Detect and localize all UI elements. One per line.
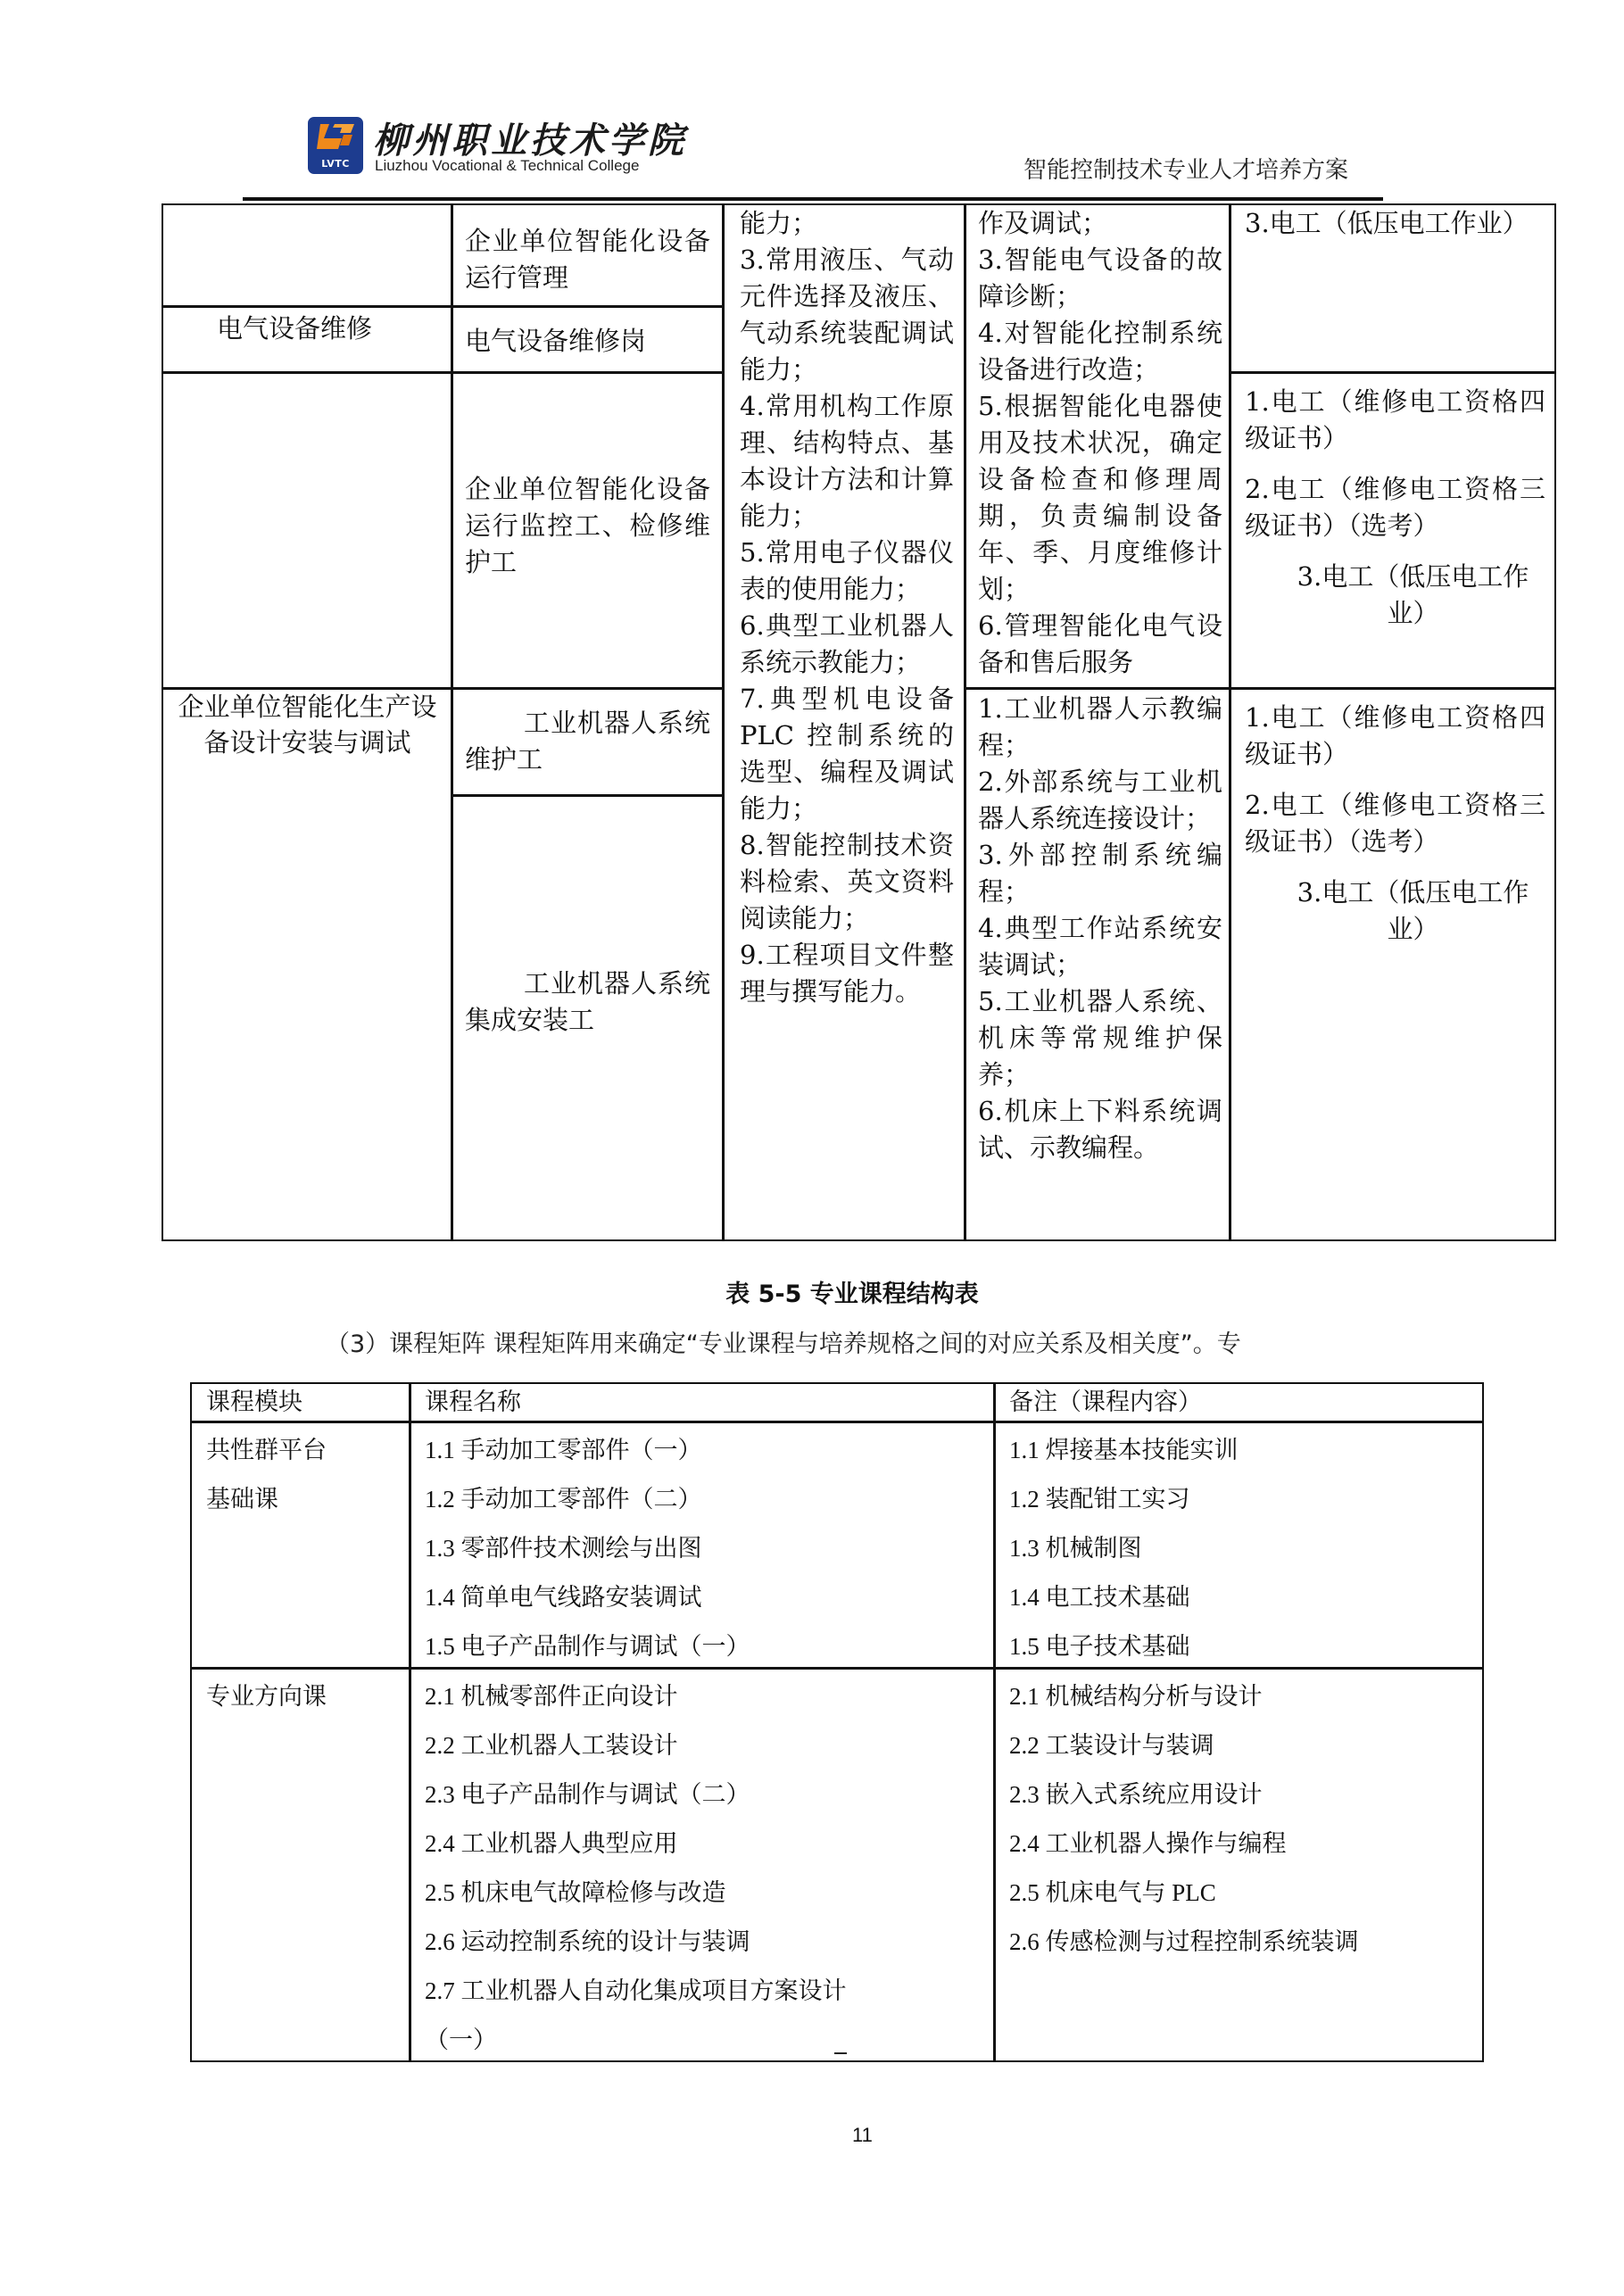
document-title: 智能控制技术专业人才培养方案 bbox=[1023, 152, 1348, 185]
note-item: 2.5 机床电气与 PLC bbox=[1009, 1869, 1468, 1918]
ability-item: 能力； bbox=[740, 205, 954, 242]
certificate-item: 2.电工（维修电工资格三级证书）（选考） bbox=[1245, 471, 1545, 544]
column-header: 课程名称 bbox=[425, 1384, 980, 1420]
note-item: 1.2 装配钳工实习 bbox=[1009, 1475, 1468, 1524]
intro-paragraph: （3）课程矩阵 课程矩阵用来确定“专业课程与培养规格之间的对应关系及相关度”。专 bbox=[326, 1324, 1241, 1359]
course-item: 1.3 零部件技术测绘与出图 bbox=[425, 1524, 980, 1573]
table2-row-module: 专业方向课 bbox=[190, 1667, 411, 2062]
course-item: 2.3 电子产品制作与调试（二） bbox=[425, 1770, 980, 1819]
ability-item: 8.智能控制技术资料检索、英文资料阅读能力； bbox=[740, 827, 954, 937]
college-name-en: Liuzhou Vocational & Technical College bbox=[375, 157, 639, 175]
note-item: 2.4 工业机器人操作与编程 bbox=[1009, 1819, 1468, 1869]
course-item: 1.4 简单电气线路安装调试 bbox=[425, 1573, 980, 1622]
ability-item: 6.典型工业机器人系统示教能力； bbox=[740, 608, 954, 681]
note-item: 2.2 工装设计与装调 bbox=[1009, 1721, 1468, 1770]
table1-cell-position: 企业单位智能化设备运行管理 bbox=[451, 203, 725, 308]
course-item: 1.5 电子产品制作与调试（一） bbox=[425, 1622, 980, 1671]
task-item: 4.对智能化控制系统设备进行改造； bbox=[978, 315, 1222, 388]
course-item: 2.2 工业机器人工装设计 bbox=[425, 1721, 980, 1770]
table1-cell-job-area: 电气设备维修 bbox=[162, 305, 453, 374]
table1-cell-tasks: 作及调试； 3.智能电气设备的故障诊断； 4.对智能化控制系统设备进行改造； 5… bbox=[964, 203, 1231, 690]
table1-cell-position: 工业机器人系统集成安装工 bbox=[451, 794, 725, 1241]
task-item: 2.外部系统与工业机器人系统连接设计； bbox=[978, 764, 1222, 837]
module-label: 共性群平台 bbox=[206, 1426, 395, 1475]
table1-cell-position: 工业机器人系统维护工 bbox=[451, 687, 725, 797]
table2-header-notes: 备注（课程内容） bbox=[993, 1382, 1484, 1423]
task-item: 作及调试； bbox=[978, 205, 1222, 242]
task-item: 6.管理智能化电气设备和售后服务 bbox=[978, 608, 1222, 681]
position-label: 企业单位智能化设备运行监控工、检修维护工 bbox=[465, 471, 710, 581]
table2-row-courses: 1.1 手动加工零部件（一） 1.2 手动加工零部件（二） 1.3 零部件技术测… bbox=[409, 1421, 996, 1670]
job-area-label: 电气设备维修 bbox=[217, 311, 439, 347]
table2-row-notes: 2.1 机械结构分析与设计 2.2 工装设计与装调 2.3 嵌入式系统应用设计 … bbox=[993, 1667, 1484, 2062]
certificate-item: 3.电工（低压电工作业） bbox=[1245, 559, 1545, 632]
note-item: 2.1 机械结构分析与设计 bbox=[1009, 1672, 1468, 1721]
ability-item: 5.常用电子仪器仪表的使用能力； bbox=[740, 535, 954, 608]
table2-row-module: 共性群平台 基础课 bbox=[190, 1421, 411, 1670]
table1-cell-certificates: 1.电工（维修电工资格四级证书） 2.电工（维修电工资格三级证书）（选考） 3.… bbox=[1229, 687, 1556, 1241]
table1-cell-abilities: 能力； 3.常用液压、气动元件选择及液压、气动系统装配调试能力； 4.常用机构工… bbox=[722, 203, 966, 1241]
table2-header-module: 课程模块 bbox=[190, 1382, 411, 1423]
table2-header-course: 课程名称 bbox=[409, 1382, 996, 1423]
task-item: 5.工业机器人系统、机床等常规维护保养； bbox=[978, 983, 1222, 1093]
page-number: 11 bbox=[852, 2124, 873, 2147]
task-item: 6.机床上下料系统调试、示教编程。 bbox=[978, 1093, 1222, 1166]
module-label: 基础课 bbox=[206, 1475, 395, 1524]
table1-cell-position: 电气设备维修岗 bbox=[451, 305, 725, 374]
table1-cell-empty bbox=[162, 371, 453, 690]
college-logo: LVTC bbox=[308, 117, 363, 174]
column-header: 课程模块 bbox=[206, 1384, 395, 1420]
course-item: 2.7 工业机器人自动化集成项目方案设计 bbox=[425, 1967, 980, 2016]
table1-cell-tasks: 1.工业机器人示教编程； 2.外部系统与工业机器人系统连接设计； 3.外部控制系… bbox=[964, 687, 1231, 1241]
position-label: 工业机器人系统维护工 bbox=[465, 705, 710, 778]
course-item: 2.5 机床电气故障检修与改造 bbox=[425, 1869, 980, 1918]
note-item: 1.1 焊接基本技能实训 bbox=[1009, 1426, 1468, 1475]
note-item: 2.3 嵌入式系统应用设计 bbox=[1009, 1770, 1468, 1819]
header-divider bbox=[243, 197, 1383, 201]
ability-item: 3.常用液压、气动元件选择及液压、气动系统装配调试能力； bbox=[740, 242, 954, 388]
task-item: 3.外部控制系统编程； bbox=[978, 837, 1222, 910]
certificate-item: 3.电工（低压电工作业） bbox=[1245, 205, 1545, 242]
lvtc-logo-mark-icon bbox=[315, 122, 356, 153]
certificate-item: 1.电工（维修电工资格四级证书） bbox=[1245, 384, 1545, 457]
table-caption: 表 5-5 专业课程结构表 bbox=[0, 1274, 1624, 1309]
table2-row-notes: 1.1 焊接基本技能实训 1.2 装配钳工实习 1.3 机械制图 1.4 电工技… bbox=[993, 1421, 1484, 1670]
table2-row-courses: 2.1 机械零部件正向设计 2.2 工业机器人工装设计 2.3 电子产品制作与调… bbox=[409, 1667, 996, 2062]
module-label: 专业方向课 bbox=[206, 1672, 395, 1721]
task-item: 5.根据智能化电器使用及技术状况，确定设备检查和修理周期，负责编制设备年、季、月… bbox=[978, 388, 1222, 608]
task-item: 1.工业机器人示教编程； bbox=[978, 691, 1222, 764]
course-item: 1.2 手动加工零部件（二） bbox=[425, 1475, 980, 1524]
ability-item: 7.典型机电设备PLC 控制系统的选型、编程及调试能力； bbox=[740, 681, 954, 827]
position-label: 工业机器人系统集成安装工 bbox=[465, 966, 710, 1039]
table1-cell-certificates: 1.电工（维修电工资格四级证书） 2.电工（维修电工资格三级证书）（选考） 3.… bbox=[1229, 371, 1556, 690]
table1-cell-job-area: 企业单位智能化生产设备设计安装与调试 bbox=[162, 687, 453, 1241]
table1-cell-position: 企业单位智能化设备运行监控工、检修维护工 bbox=[451, 371, 725, 690]
ability-item: 4.常用机构工作原理、结构特点、基本设计方法和计算能力； bbox=[740, 388, 954, 535]
certificate-item: 2.电工（维修电工资格三级证书）（选考） bbox=[1245, 787, 1545, 860]
position-label: 电气设备维修岗 bbox=[465, 323, 710, 360]
note-item: 1.3 机械制图 bbox=[1009, 1524, 1468, 1573]
stray-underscore-mark bbox=[834, 2052, 847, 2054]
note-item: 1.5 电子技术基础 bbox=[1009, 1622, 1468, 1671]
college-name-cn: 柳州职业技术学院 bbox=[373, 112, 687, 163]
logo-abbr: LVTC bbox=[308, 158, 363, 170]
note-item: 1.4 电工技术基础 bbox=[1009, 1573, 1468, 1622]
certificate-item: 1.电工（维修电工资格四级证书） bbox=[1245, 700, 1545, 773]
ability-item: 9.工程项目文件整理与撰写能力。 bbox=[740, 937, 954, 1010]
column-header: 备注（课程内容） bbox=[1009, 1384, 1468, 1420]
table1-cell-certificates: 3.电工（低压电工作业） bbox=[1229, 203, 1556, 374]
course-item: 2.4 工业机器人典型应用 bbox=[425, 1819, 980, 1869]
table1-cell-empty bbox=[162, 203, 453, 308]
position-label: 企业单位智能化设备运行管理 bbox=[465, 223, 710, 296]
course-item: 2.1 机械零部件正向设计 bbox=[425, 1672, 980, 1721]
task-item: 4.典型工作站系统安装调试； bbox=[978, 910, 1222, 983]
certificate-item: 3.电工（低压电工作业） bbox=[1245, 874, 1545, 948]
job-area-label: 企业单位智能化生产设备设计安装与调试 bbox=[176, 689, 439, 760]
course-item: 1.1 手动加工零部件（一） bbox=[425, 1426, 980, 1475]
course-item: 2.6 运动控制系统的设计与装调 bbox=[425, 1918, 980, 1967]
note-item: 2.6 传感检测与过程控制系统装调 bbox=[1009, 1918, 1468, 1967]
task-item: 3.智能电气设备的故障诊断； bbox=[978, 242, 1222, 315]
course-item: （一） bbox=[425, 2016, 980, 2065]
